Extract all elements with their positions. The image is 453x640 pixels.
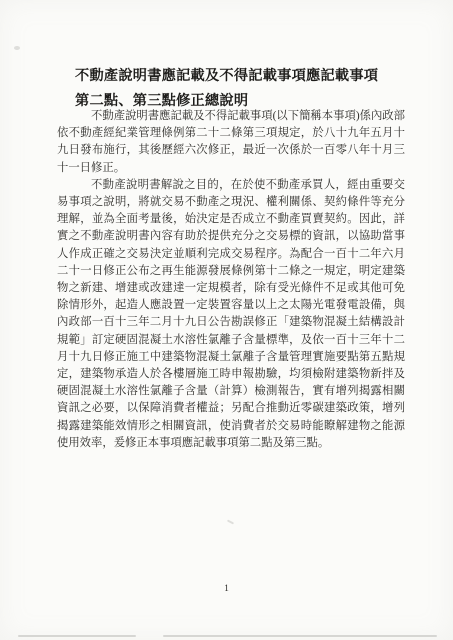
- scan-artifact-line-left: [18, 635, 136, 637]
- scan-artifact-line-right: [163, 635, 437, 637]
- scanned-document-page: 不動產說明書應記載及不得記載事項應記載事項 第二點、第三點修正總說明 不動產說明…: [0, 0, 453, 640]
- document-title: 不動產說明書應記載及不得記載事項應記載事項 第二點、第三點修正總說明: [75, 64, 405, 114]
- scan-smudge-top-left: [14, 46, 20, 50]
- paragraph-intro: 不動產說明書應記載及不得記載事項(以下簡稱本事項)係內政部依不動產經紀業管理條例…: [57, 108, 405, 177]
- page-number: 1: [0, 584, 453, 594]
- paragraph-explanation: 不動產說明書解說之目的，在於使不動產承買人，經由重要交易事項之說明，將就交易不動…: [57, 177, 405, 452]
- document-title-line-1: 不動產說明書應記載及不得記載事項應記載事項: [75, 64, 405, 89]
- document-body: 不動產說明書應記載及不得記載事項(以下簡稱本事項)係內政部依不動產經紀業管理條例…: [57, 108, 405, 452]
- scan-smudge-above-page-number: [227, 519, 234, 524]
